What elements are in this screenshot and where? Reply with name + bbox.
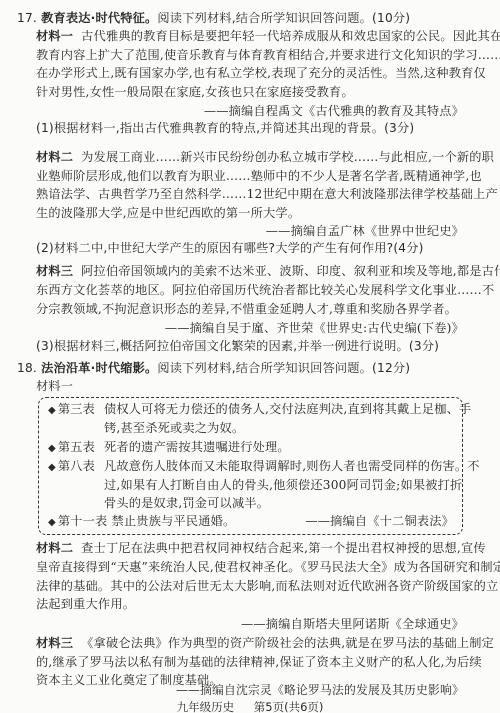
q18-m1-label: 材料一 <box>36 378 73 394</box>
q18-m2-line-1: 皇帝直接得到“天惠”来统治人民,使君权神圣化。《罗马民法大全》成为各国研究和制定 <box>36 559 500 575</box>
q17-subquestion-1: (1)根据材料一,指出古代雅典教育的特点,并简述其出现的背景。(3分) <box>36 120 414 136</box>
q17-number: 17. <box>17 11 37 25</box>
q17-m3-source: ——摘编自吴于廑、齐世荣《世界史:古代史编(下卷)》 <box>165 320 464 336</box>
material-label: 材料二 <box>36 150 73 164</box>
box-item-table3-line-0: 债权人可将无力偿还的债务人,交付法庭判决,直到将其戴上足枷、手 <box>104 401 471 417</box>
q18-instruction: 阅读下列材料,结合所学知识回答问题。(12分) <box>157 361 410 375</box>
box-item-table8-line-0: 凡故意伤人肢体而又未能取得调解时,则伤人者也需受同样的伤害。不 <box>104 458 480 474</box>
box-item-table3: ◆第三表 <box>48 401 95 419</box>
footer-subject: 九年级历史 <box>177 700 235 713</box>
q17-m1-line-1: 教育内容上扩大了范围,使音乐教育与体育教育相结合,并要求进行文化知识的学习…… <box>36 47 500 63</box>
material-label: 材料三 <box>36 636 73 650</box>
q17-m2-source: ——摘编自孟广林《世界中世纪史》 <box>266 223 464 239</box>
q17-m1-line-0: 材料一古代雅典的教育目标是要把年轻一代培养成服从和效忠国家的公民。因此其在 <box>36 28 500 44</box>
page-footer: 九年级历史 第5页(共6页) <box>0 699 500 713</box>
material-label: 材料二 <box>36 541 73 555</box>
box-item-table5: ◆第五表 <box>48 439 95 457</box>
q18-title: 法治沿革·时代缩影。 <box>41 361 157 375</box>
diamond-bullet-icon: ◆ <box>48 443 56 454</box>
box-item-table11: ◆第十一表 禁止贵族与平民通婚。 <box>48 513 235 531</box>
q17-m1-line-3: 针对男性,女性一般局限在家庭,女孩也只在家庭接受教育。 <box>36 84 354 100</box>
q17-m1-line-2: 在办学形式上,既有国家办学,也有私立学校,表现了充分的灵活性。当然,这种教育仅 <box>36 65 486 81</box>
q18-m2-line-3: 法起到重大作用。 <box>36 596 135 612</box>
box-item-table3-line-1: 铐,甚至杀死或卖之为奴。 <box>104 420 244 436</box>
q17-m2-line-1: 业塾师阶层形成,他们以教育为职业……塾师中的不少人是著名学者,既精通神学,也 <box>36 168 482 184</box>
q18-m3-line-1: 的,继承了罗马法以私有制为基础的法律精神,保证了资本主义财产的私人化,为后续 <box>36 654 482 670</box>
exam-page: 17. 教育表达·时代特征。阅读下列材料,结合所学知识回答问题。(10分) 材料… <box>0 0 500 713</box>
q17-m2-line-0: 材料二为发展工商业……新兴市民纷纷创办私立城市学校……与此相应,一个新的职 <box>36 149 494 165</box>
q17-title: 教育表达·时代特征。 <box>41 11 157 25</box>
q18-header: 18. 法治沿革·时代缩影。阅读下列材料,结合所学知识回答问题。(12分) <box>17 360 410 376</box>
q18-m2-line-0: 材料二查士丁尼在法典中把君权同神权结合起来,第一个提出君权神授的思想,宣传 <box>36 540 486 556</box>
q17-m2-line-3: 生的波隆那大学,应是中世纪西欧的第一所大学。 <box>36 205 300 221</box>
q17-m3-line-1: 东西方文化荟萃的地区。阿拉伯帝国历代统治者都比较关心发展科学文化事业……不 <box>36 282 494 298</box>
footer-page-number: 第5页(共6页) <box>254 700 324 713</box>
q18-m2-line-2: 法律的基础。其中的公法对后世无太大影响,而私法则对近代欧洲各资产阶级国家的立 <box>36 578 498 594</box>
q18-number: 18. <box>17 361 37 375</box>
material-label: 材料一 <box>36 29 73 43</box>
q17-m1-source: ——摘编自程禹文《古代雅典的教育及其特点》 <box>204 103 464 119</box>
box-item-table8-line-2: 骨头的是奴隶,罚金可以减半。 <box>104 495 269 511</box>
q17-header: 17. 教育表达·时代特征。阅读下列材料,结合所学知识回答问题。(10分) <box>17 10 410 26</box>
q17-m3-line-0: 材料三阿拉伯帝国领域内的美索不达米亚、波斯、印度、叙利亚和埃及等地,都是古代 <box>36 263 500 279</box>
q17-subquestion-3: (3)根据材料三,概括阿拉伯帝国文化繁荣的因素,并举一例进行说明。(3分) <box>36 338 439 354</box>
diamond-bullet-icon: ◆ <box>48 405 56 416</box>
q17-instruction: 阅读下列材料,结合所学知识回答问题。(10分) <box>157 11 410 25</box>
q18-m2-source: ——摘编自斯塔夫里阿诺斯《全球通史》 <box>241 616 464 632</box>
q18-m3-line-0: 材料三《拿破仑法典》作为典型的资产阶级社会的法典,就是在罗马法的基础上制定 <box>36 635 494 651</box>
box-source: ——摘编自《十二铜表法》 <box>305 513 454 529</box>
diamond-bullet-icon: ◆ <box>48 517 56 528</box>
q18-m3-source: ——摘编自沈宗灵《略论罗马法的发展及其历史影响》 <box>176 682 464 698</box>
diamond-bullet-icon: ◆ <box>48 462 56 473</box>
q17-subquestion-2: (2)材料二中,中世纪大学产生的原因有哪些?大学的产生有何作用?(4分) <box>36 240 424 256</box>
q17-m2-line-2: 熟谙法学、古典哲学乃至自然科学……12世纪中期在意大利波隆那法律学校基础上产 <box>36 186 498 202</box>
box-item-table5-line-0: 死者的遗产需按其遗嘱进行处理。 <box>104 439 290 455</box>
box-item-table8: ◆第八表 <box>48 458 95 476</box>
q17-m3-line-2: 分宗教领域,不拘泥意识形态的差异,不惜重金延聘人才,尊重和奖励各界学者。 <box>36 301 457 317</box>
material-label: 材料三 <box>36 264 73 278</box>
box-item-table8-line-1: 过,如果有人打断自由人的骨头,他须偿还300阿司罚金;如果被打折 <box>104 477 462 493</box>
